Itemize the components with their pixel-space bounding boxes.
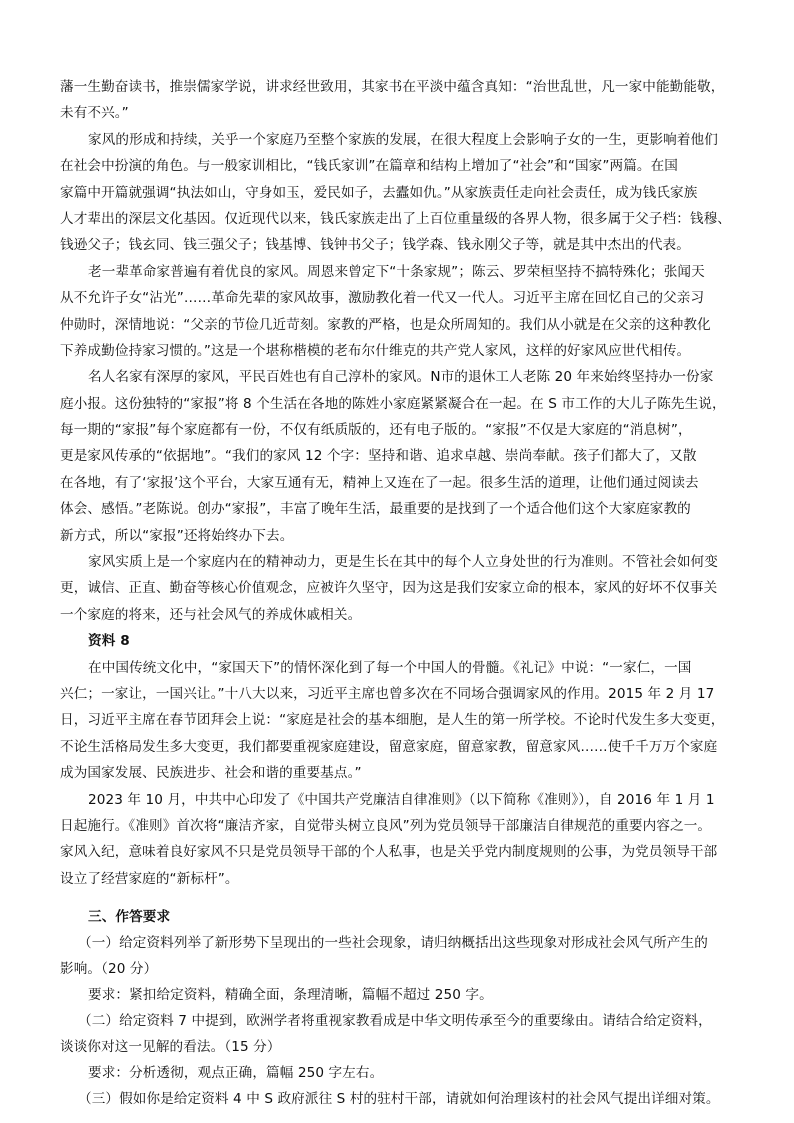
paragraph-essence: 家风实质上是一个家庭内在的精神动力，更是生长在其中的每个人立身处世的行为准则。不… xyxy=(60,549,734,628)
text-line: 设立了经营家庭的“新标杆”。 xyxy=(60,866,734,892)
paragraph-family-newspaper: 名人名家有深厚的家风，平民百姓也有自己淳朴的家风。N市的退休工人老陈 20 年来… xyxy=(60,364,734,549)
answer-section-heading: 三、作答要求 xyxy=(60,904,734,930)
text-line: 影响。（20 分） xyxy=(60,956,734,982)
text-line: 藩一生勤奋读书，推崇儒家学说，讲求经世致用，其家书在平淡中蕴含真知：“治世乱世，… xyxy=(60,74,734,100)
text-line: 家风实质上是一个家庭内在的精神动力，更是生长在其中的每个人立身处世的行为准则。不… xyxy=(60,549,734,575)
text-line: 一个家庭的将来，还与社会风气的养成休戚相关。 xyxy=(60,602,734,628)
material-7-tail: 藩一生勤奋读书，推崇儒家学说，讲求经世致用，其家书在平淡中蕴含真知：“治世乱世，… xyxy=(60,74,734,127)
paragraph-qian-family: 家风的形成和持续，关乎一个家庭乃至整个家族的发展，在很大程度上会影响子女的一生，… xyxy=(60,127,734,259)
text-line: 不论生活格局发生多大变更，我们都要重视家庭建设，留意家庭，留意家教，留意家风……… xyxy=(60,734,734,760)
text-line: 新方式，所以“家报”还将始终办下去。 xyxy=(60,523,734,549)
text-line: （一）给定资料列举了新形势下呈现出的一些社会现象，请归纳概括出这些现象对形成社会… xyxy=(60,930,734,956)
text-line: 家篇中开篇就强调“执法如山，守身如玉，爱民如子，去蠹如仇。”从家族责任走向社会责… xyxy=(60,180,734,206)
text-line: 钱逊父子；钱玄同、钱三强父子；钱基博、钱钟书父子；钱学森、钱永刚父子等，就是其中… xyxy=(60,232,734,258)
text-line: 家风的形成和持续，关乎一个家庭乃至整个家族的发展，在很大程度上会影响子女的一生，… xyxy=(60,127,734,153)
text-line: （三）假如你是给定资料 4 中 S 政府派往 S 村的驻村干部，请就如何治理该村… xyxy=(60,1086,734,1112)
text-line: 兴仁；一家让，一国兴让。”十八大以来，习近平主席也曾多次在不同场合强调家风的作用… xyxy=(60,681,734,707)
text-line: 体会、感悟。”老陈说。创办“家报”，丰富了晚年生活，最重要的是找到了一个适合他们… xyxy=(60,496,734,522)
text-line: 日，习近平主席在春节团拜会上说：“家庭是社会的基本细胞，是人生的第一所学校。不论… xyxy=(60,707,734,733)
question-3: （三）假如你是给定资料 4 中 S 政府派往 S 村的驻村干部，请就如何治理该村… xyxy=(60,1086,734,1112)
material-8-heading: 资料 8 xyxy=(60,628,734,654)
question-2-requirement: 要求：分析透彻，观点正确，篇幅 250 字左右。 xyxy=(60,1060,734,1086)
question-2: （二）给定资料 7 中提到，欧洲学者将重视家教看成是中华文明传承至今的重要缘由。… xyxy=(60,1008,734,1086)
text-line: 名人名家有深厚的家风，平民百姓也有自己淳朴的家风。N市的退休工人老陈 20 年来… xyxy=(60,364,734,390)
text-line: 在中国传统文化中，“家国天下”的情怀深化到了每一个中国人的骨髓。《礼记》中说：“… xyxy=(60,655,734,681)
section-spacer xyxy=(60,892,734,904)
text-line: 人才辈出的深层文化基因。仅近现代以来，钱氏家族走出了上百位重量级的各界人物，很多… xyxy=(60,206,734,232)
text-line: 家风入纪，意味着良好家风不只是党员领导干部的个人私事，也是关乎党内制度规则的公事… xyxy=(60,839,734,865)
text-line: 庭小报。这份独特的“家报”将 8 个生活在各地的陈姓小家庭紧紧凝合在一起。在 S… xyxy=(60,391,734,417)
question-1-requirement: 要求：紧扣给定资料，精确全面，条理清晰，篇幅不超过 250 字。 xyxy=(60,982,734,1008)
text-line: 在社会中扮演的角色。与一般家训相比，“钱氏家训”在篇章和结构上增加了“社会”和“… xyxy=(60,153,734,179)
text-line: （二）给定资料 7 中提到，欧洲学者将重视家教看成是中华文明传承至今的重要缘由。… xyxy=(60,1008,734,1034)
question-1: （一）给定资料列举了新形势下呈现出的一些社会现象，请归纳概括出这些现象对形成社会… xyxy=(60,930,734,1008)
paragraph-party-rules: 2023 年 10 月，中共中心印发了《中国共产党廉洁自律准则》（以下简称《准则… xyxy=(60,787,734,893)
text-line: 仲勋时，深情地说：“父亲的节俭几近苛刻。家教的严格，也是众所周知的。我们从小就是… xyxy=(60,312,734,338)
answer-requirements-section: 三、作答要求 （一）给定资料列举了新形势下呈现出的一些社会现象，请归纳概括出这些… xyxy=(60,904,734,1112)
text-line: 更是家风传承的“依据地”。“我们的家风 12 个字：坚持和谐、追求卓越、崇尚奉献… xyxy=(60,443,734,469)
text-line: 2023 年 10 月，中共中心印发了《中国共产党廉洁自律准则》（以下简称《准则… xyxy=(60,787,734,813)
paragraph-revolutionaries: 老一辈革命家普遍有着优良的家风。周恩来曾定下“十条家规”；陈云、罗荣桓坚持不搞特… xyxy=(60,259,734,365)
text-line: 在各地，有了‘家报’这个平台，大家互通有无，精神上又连在了一起。很多生活的道理，… xyxy=(60,470,734,496)
document-page: 藩一生勤奋读书，推崇儒家学说，讲求经世致用，其家书在平淡中蕴含真知：“治世乱世，… xyxy=(60,74,734,1112)
text-line: 从不允许子女“沾光”……革命先辈的家风故事，激励教化着一代又一代人。习近平主席在… xyxy=(60,285,734,311)
text-line: 每一期的“家报”每个家庭都有一份，不仅有纸质版的，还有电子版的。“家报”不仅是大… xyxy=(60,417,734,443)
text-line: 下养成勤俭持家习惯的。”这是一个堪称楷模的老布尔什维克的共产党人家风，这样的好家… xyxy=(60,338,734,364)
text-line: 老一辈革命家普遍有着优良的家风。周恩来曾定下“十条家规”；陈云、罗荣桓坚持不搞特… xyxy=(60,259,734,285)
paragraph-tradition: 在中国传统文化中，“家国天下”的情怀深化到了每一个中国人的骨髓。《礼记》中说：“… xyxy=(60,655,734,787)
text-line: 未有不兴。” xyxy=(60,100,734,126)
text-line: 更，诚信、正直、勤奋等核心价值观念，应被许久坚守，因为这是我们安家立命的根本，家… xyxy=(60,575,734,601)
text-line: 日起施行。《准则》首次将“廉洁齐家，自觉带头树立良风”列为党员领导干部廉洁自律规… xyxy=(60,813,734,839)
text-line: 成为国家发展、民族进步、社会和谐的重要基点。” xyxy=(60,760,734,786)
text-line: 谈谈你对这一见解的看法。（15 分） xyxy=(60,1034,734,1060)
